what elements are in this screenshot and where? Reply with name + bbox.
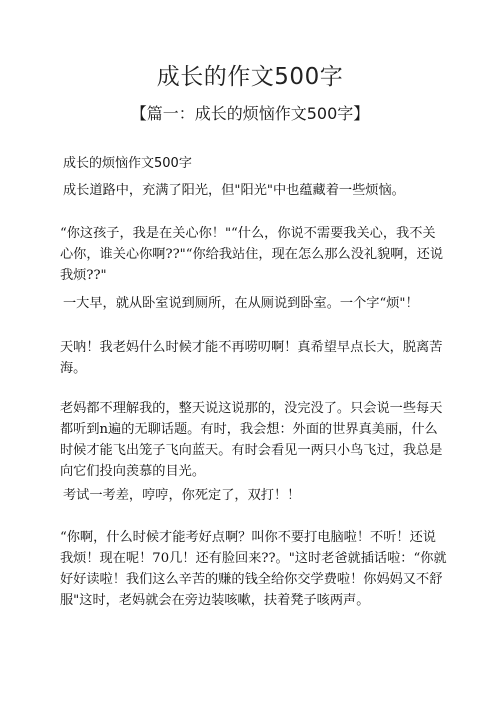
paragraph: 老妈都不理解我的，整天说这说那的，没完没了。只会说一些每天都听到n遍的无聊话题。… xyxy=(60,398,448,482)
paragraph: 考试一考差，哼哼，你死定了，双打！！ xyxy=(63,485,451,506)
section-heading: 成长的烦恼作文500字 xyxy=(63,153,451,174)
document-subtitle: 【篇一：成长的烦恼作文500字】 xyxy=(0,101,500,124)
paragraph: 天呐！我老妈什么时候才能不再唠叨啊！真希望早点长大，脱离苦海。 xyxy=(60,337,448,379)
paragraph: 一大早，就从卧室说到厕所，在从厕说到卧室。一个字“烦"！ xyxy=(63,293,451,314)
document-page: 成长的作文500字 【篇一：成长的烦恼作文500字】 成长的烦恼作文500字 成… xyxy=(0,0,500,707)
paragraph: 成长道路中，充满了阳光，但"阳光"中也蕴藏着一些烦恼。 xyxy=(63,180,451,201)
paragraph: “你啊，什么时候才能考好点啊？叫你不要打电脑啦！不听！还说我烦！现在呢！70几！… xyxy=(60,527,448,611)
paragraph: “你这孩子，我是在关心你！"“什么，你说不需要我关心，我不关心你，谁关心你啊??… xyxy=(60,223,448,286)
document-title: 成长的作文500字 xyxy=(0,58,500,91)
